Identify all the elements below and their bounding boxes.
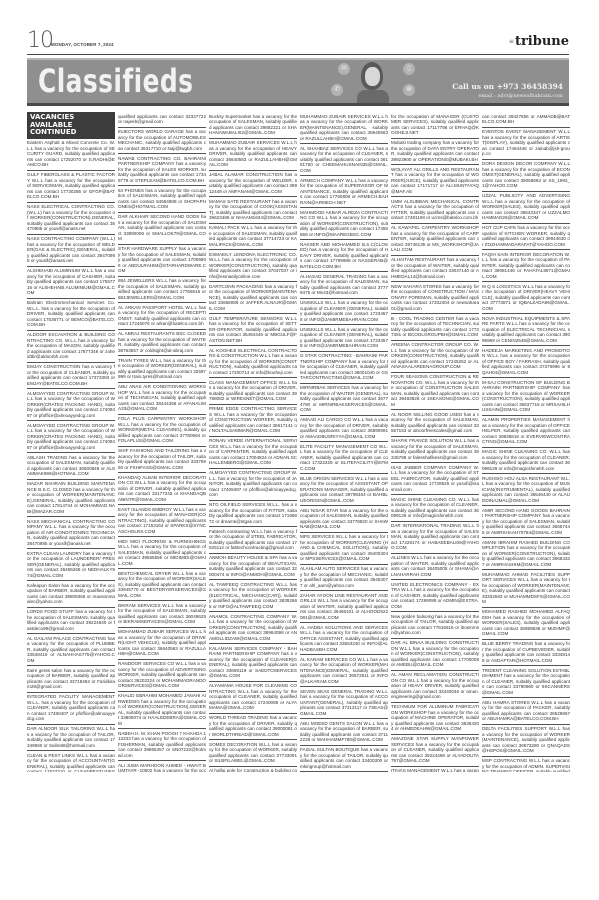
banner-title: Classifieds xyxy=(38,62,193,100)
classified-ad: SHAFIK FRANCE SOLUTION W.L.L has a vacan… xyxy=(391,437,479,464)
classified-ad: MIRNIRBAK SERVICES has a vacancy for the… xyxy=(300,384,388,416)
classified-ad: UZZAL PUBLICITY AND ADVERTISING W.L.L ha… xyxy=(482,192,570,224)
column-5: for the occupation of MANAGER (CUSTOMER … xyxy=(391,112,479,772)
classified-ad: RUSHSIO HOU ALSA RESTAURANT W.L.L has a … xyxy=(482,474,570,506)
column-6: can contact 39427656 or AMMADB@BATELCO.C… xyxy=(482,112,570,772)
classified-ad: ZAHAR AYOON LINE RESTAURANT AND GRILLS W… xyxy=(300,591,388,623)
classified-ad: PRIME EDGE CONTRACTING SERVICES W.L.L ha… xyxy=(209,405,297,437)
classified-ad: MAZAR BAHRAIN BUILDING MAINTENANCE B.S.C… xyxy=(27,480,115,518)
classified-ad: STAR HARDWARE SUPPLY has a vacancy for t… xyxy=(118,245,206,277)
classified-ad: AMAAD ALI CARGO CO W.L.L has a vacancy f… xyxy=(300,416,388,443)
classified-ad: Kafeapun Salon has a vacancy for the occ… xyxy=(27,581,115,608)
classified-ad: INTEGRATED FACILITY MANAGEMENT W.L.L. ha… xyxy=(27,693,115,725)
classified-ad: HOT CUP CAFE has a vacancy for the occup… xyxy=(482,224,570,251)
classified-ad: AMANI IBRAHIM RASHED BUILDING COMPLETION… xyxy=(482,538,570,570)
classified-ad: CLEAN & PEST LINKS W.L.L has a vacancy f… xyxy=(27,751,115,772)
classified-ad: DAR INTERNATIONAL TRADING W.L.L has a va… xyxy=(391,522,479,554)
classified-ad: CLASS MANAGEMENT OFFICE W.L.L has a vaca… xyxy=(209,378,297,405)
classified-ad: SOMEX DECORATION W.L.L has a vacancy for… xyxy=(209,740,297,767)
classified-ad: for the occupation of MANAGER (CUSTOMER … xyxy=(391,112,479,139)
classified-ad: BLUE BERRY TRADING has a vacancy for the… xyxy=(482,640,570,667)
classified-ad: qualified applicants can contact 3232772… xyxy=(118,112,206,128)
classified-ad: Fabtech contracting W.L.L has a vacancy … xyxy=(209,527,297,554)
classified-ad: Bahrain Electromechanical Services Co. W… xyxy=(27,299,115,331)
classified-ad: NASSER ABD MOHAMMED B.S.C(CLOSED) has a … xyxy=(300,240,388,272)
classified-ad: AL NOOR SELLING GOOD USED has a vacancy … xyxy=(391,410,479,437)
classified-ad: UNITED ELECTRONICS COMPANY - EXTRA W.L.L… xyxy=(391,580,479,612)
mobile-icon: ▯ xyxy=(403,63,415,75)
classified-ad: ELITE FACILITY MANAGEMENT CO W.L.L has a… xyxy=(300,442,388,474)
classified-ad: ANAMOL CONTRACTING COMPANY W.L.L has a v… xyxy=(209,612,297,644)
classified-ad: AL ABRAJ RESTAURANTS BSC CLOSED has a va… xyxy=(118,330,206,357)
classified-ad: DARTCONN PACKAGING has a vacancy for the… xyxy=(209,282,297,314)
classified-ad: UNISKILLS W.L.L has a vacancy for the oc… xyxy=(300,325,388,352)
classified-ad: can contact 39427656 or AMMADB@BATELCO.C… xyxy=(482,112,570,128)
brand-prefix: ≡ xyxy=(509,38,514,45)
classified-ad: TRAIN TYRES W.L.L has a vacancy for the … xyxy=(118,356,206,383)
page-number: 10 xyxy=(27,28,53,53)
classified-ad: LORDS FOOD STUFF has a vacancy for the o… xyxy=(27,608,115,635)
classified-ad: MIDI MIDI FLOORING & FURNISHINGS W.L.L h… xyxy=(118,537,206,569)
classified-ad: B - COOL TRADING CENTER has a vacancy fo… xyxy=(391,314,479,341)
classified-ad: AL AMAN RECLAMATION CONSTRUCTION CO W.L.… xyxy=(391,671,479,703)
phone-icon: ✆ xyxy=(331,84,343,96)
classified-ad: BLUE ORIGIN SERVICES W.L.L has a vacancy… xyxy=(300,474,388,506)
classified-ad: KALAMIAN SERVICES COMPANY - BAHRAINI PAR… xyxy=(209,644,297,682)
masthead: 10 MONDAY, OCTOBER 7, 2024 ≡tribune xyxy=(27,30,569,55)
classified-ad: NASS CONTRACTING COMPANY (W.L.L) has a v… xyxy=(27,235,115,267)
classified-ad: EXTRA CLEAN LAUNDRY has a vacancy for th… xyxy=(27,549,115,581)
classified-ad: EAST ISLANDS EMBROY W.L.L has a vacancy … xyxy=(118,505,206,537)
classified-ad: RANDOOR SERVICES CO W.L.L has a vacancy … xyxy=(118,660,206,692)
classified-ad: ALMOAYYED CONTRACTING GROUP W.L.L has a … xyxy=(27,389,115,421)
classified-ad: NAWAB CONTRACTING CO. BAHRAINI PARTNERSH… xyxy=(118,154,206,186)
classified-ad: AL KOOHEJI ELECTRICAL CONTRACTORS & CONS… xyxy=(209,346,297,378)
classified-ad: ALMOAYYED CONTRACTING GROUP W.L.L has a … xyxy=(27,421,115,453)
classified-ad: DORA DESIGN DECOR COMPANY W.L.L has a va… xyxy=(482,160,570,192)
classified-ad: EVENTOS EVENT MANAGEMENT W.L.L has a vac… xyxy=(482,128,570,160)
classified-ad: NASS MECHANICAL CONTRACTING COMPANY W.L.… xyxy=(27,517,115,549)
classified-ad: AL KAWAFEL CARPENTRY WORKSHOP has a vaca… xyxy=(391,224,479,256)
classified-ad: AL KARAM SERVICES CO W.L.L has a vacancy… xyxy=(300,655,388,687)
column-3: Bucksy Supermarket has a vacancy for the… xyxy=(209,112,297,772)
classified-ad: WOLAYAT ALI GRILLS AND RESTAURANT has a … xyxy=(391,165,479,197)
classified-ad: DAR AL BINAA BUILDING CONSTRUCTION W.L.L… xyxy=(391,639,479,671)
classified-ad: RONAN VERDE INTERNATIONAL SERVICES W.L.L… xyxy=(209,437,297,469)
brand-logo: ≡tribune xyxy=(509,34,569,49)
classified-ad: ALYAMAMA HOUSE FOR CLEANING CONTRACTING … xyxy=(209,682,297,714)
classified-ad: AL HADBA SOLUTIONS AND SERVICES W.L.L ha… xyxy=(300,623,388,655)
classified-ad: M Q S LOGISTICS W.L.L has a vacancy for … xyxy=(482,282,570,314)
classified-ad: Al halfaj pole for Construction & buildi… xyxy=(209,767,297,773)
classified-ad: AL GAILANI PALACE CONTRACTING has a vaca… xyxy=(27,634,115,666)
column-2: qualified applicants can contact 3232772… xyxy=(118,112,206,772)
classified-ad: INJECTORS WORLD GARAGE has a vacancy for… xyxy=(118,128,206,155)
classified-ad: ALMOAYYED CONTRACTING GROUP W.L.L. has a… xyxy=(209,469,297,501)
classified-ad: ABLASH TRADING has a vacancy for the occ… xyxy=(27,453,115,480)
classified-ad: AL TAWFEEQ CONTRACTING W.L.L has a vacan… xyxy=(209,580,297,612)
classified-ad: MOHAMMAD ZUBAIR SERVICES W.L.L has a vac… xyxy=(118,628,206,660)
classified-ad: ABU ANAS AIR CONDITIONING WORKSHOP W.L.L… xyxy=(118,383,206,415)
classified-ad: AREENA CONTRACTOR GROUP CO. W.L.L has a … xyxy=(391,341,479,373)
column-4: MUHAMMAD ZUBAIR SERVICES W.L.L has a vac… xyxy=(300,112,388,772)
classified-ad: UNISKILLS W.L.L has a vacancy for the oc… xyxy=(300,299,388,326)
classified-ad: New golden balsomg has a vacancy for the… xyxy=(391,612,479,639)
classified-ad: M-SAJ CONSTRUCTION OF BUILDING BAHRAINI … xyxy=(482,378,570,416)
classified-ad: KAMALI PACK W.L.L has a vacancy for the … xyxy=(209,224,297,251)
classified-ad: MPS SERVICES W.L.L has a vacancy for the… xyxy=(300,533,388,565)
classified-ad: JABAL ALAMAR CONSTRUCTION has a vacancy … xyxy=(209,171,297,198)
classified-ad: G STAR CONTRACTING - BAHRAINI PARTNERSHI… xyxy=(300,352,388,384)
classified-ad: TRIDENT CLEANING SOLUTION ESTABLISHMENT … xyxy=(482,666,570,698)
mail-icon: ✉ xyxy=(338,63,350,75)
classified-ad: NTG OILFIELD SERVICES W.L.L. has a vacan… xyxy=(209,501,297,528)
classified-ad: NABEH H. M. KHAN POOSH 7 KHAHDA 1 13233 … xyxy=(118,729,206,761)
classified-ad: Itaire gents salon has a vacancy for the… xyxy=(27,666,115,693)
classified-ad: AMAZONE STAR SUPPLY MANPOWER SERVICES ha… xyxy=(391,735,479,767)
classified-ad: MUHAMMAD ZUBAIR SERVICES W.L.L has a vac… xyxy=(209,139,297,171)
classified-ad: EMJAY CONSTRUCTION has a vacancy for the… xyxy=(27,363,115,390)
classified-ad: ALI JUMA MARHOON AHMED - HWAIT BUMTAYR -… xyxy=(118,761,206,772)
classified-ad: HADEEJA MARKETING AND PROMOTION W.L.L ha… xyxy=(482,346,570,378)
classified-ad: FAISAL SULTAN BOUTIQUE has a vacancy for… xyxy=(300,746,388,773)
column-1: VACANCIES AVAILABLE CONTINUEDEastern Asp… xyxy=(27,112,115,772)
classified-ad: ALAHLAM AUTO SERVICES has a vacancy for … xyxy=(300,565,388,592)
classified-ad: NEW SAHARA STORES has a vacancy for the … xyxy=(391,282,479,314)
classified-ad: KHALID EBRAHIM MOHAMED JANAHI AIRWEDSIG … xyxy=(118,692,206,730)
classified-ad: MAGIC SHINE CLEANING CO. W.L.L has a vac… xyxy=(482,448,570,475)
classified-ad: Mubaki trading company has a vacancy for… xyxy=(391,139,479,166)
classified-ad: TECHNIUM FOR ALUMINUM FABRICATION WORKSH… xyxy=(391,703,479,735)
classified-ad: SHIF FASHIONS AND TAILORING has a vacanc… xyxy=(118,447,206,474)
globe-icon: ⊕ xyxy=(403,84,415,96)
classified-ad: NASS ELECTRICAL CONTRACTING CO. (W.L.L) … xyxy=(27,203,115,235)
classified-ad: MUHAMMAD ZUBAIR SERVICES W.L.L has a vac… xyxy=(300,112,388,144)
classified-ad: AL ARKAN PASSPORT HOTEL W.L.L has a vaca… xyxy=(118,303,206,330)
classified-ad: ALSHEHABI ALUMINIUM W.L.L has a vacancy … xyxy=(27,267,115,299)
classified-ad: 84 PHONES has a vacancy for the occupati… xyxy=(118,186,206,213)
classified-ad: AL SHAHBAZ SERVICES CO W.L.L has a vacan… xyxy=(300,144,388,176)
classified-ad: FOLA PLUS CARPENTRY WORKSHOP W.L.L has a… xyxy=(118,415,206,447)
page-date: MONDAY, OCTOBER 7, 2024 xyxy=(51,42,114,47)
classified-ad: DELTA FACILITIES SUPPORT W.L.L has a vac… xyxy=(482,725,570,757)
classified-ad: ITIHAS MANAGEMENT W.L.L has a vacancy fo… xyxy=(391,767,479,773)
classified-ad: DAR ALKHAIR SECOND HAND GODS has a vacan… xyxy=(118,213,206,245)
mascot-body xyxy=(357,90,389,106)
classified-ad: DAR ALNOOR SILK TAILORING W.L.L has a va… xyxy=(27,725,115,752)
section-heading: VACANCIES AVAILABLE CONTINUED xyxy=(27,112,115,139)
classified-ad: Bucksy Supermarket has a vacancy for the… xyxy=(209,112,297,139)
classified-ad: BIKRAM SERVICES W.L.L has a vacancy for … xyxy=(118,601,206,628)
classified-ad: MAGIC SHINE CLEANING CO. W.L.L has a vac… xyxy=(391,495,479,522)
classified-ad: GULF FIBERGLASS & PLASTIC FACTORY W.L.L … xyxy=(27,171,115,203)
classified-ad: FOUR SEASONS CONSTRUCTION & RENOVATION C… xyxy=(391,373,479,411)
mascot-illustration xyxy=(355,60,391,106)
classified-ad: ALHAITAM RESTAURANT has a vacancy for th… xyxy=(391,256,479,283)
classified-ad: WORLD THREAD TRADING has a vacancy for t… xyxy=(209,714,297,741)
classified-ad: BESTCHEMICAL DRYER W.L.L has a vacancy f… xyxy=(118,569,206,601)
classified-ad: MUHAMMAD AHMAD FACILITIES SUPPORT SERVIC… xyxy=(482,570,570,608)
classified-ad: 884 JEWELLERS W.L.L has a vacancy for th… xyxy=(118,277,206,304)
classified-ad: FAQIH SAIN INTERIOR DECORATION W.L.L has… xyxy=(482,250,570,282)
classified-ad: ESMAEILY LENDONA ELECTRONIC CO. W.L.L ha… xyxy=(209,250,297,282)
classified-ad: MAMAS SATE RESTAURANT has a vacancy for … xyxy=(209,197,297,224)
classified-ad: MOHAMED RASHED MOHAMED ALFAQEEH has a va… xyxy=(482,608,570,640)
classified-ad: ABU HAMRA STORES W.L.L has a vacancy for… xyxy=(482,698,570,725)
classified-ad: AMIR SECOND HAND GOODS BAHRAINI PARTNERS… xyxy=(482,506,570,538)
classified-ad: ALAMIN PROPERTIES MANAGEMENT has a vacan… xyxy=(482,416,570,448)
classifieds-banner: Classifieds ✉ ✆ ▯ ⊕ Call us on +973 3645… xyxy=(27,58,569,106)
classified-ad: ABU NISAR STAR has a vacancy for the occ… xyxy=(300,506,388,533)
classified-ad: KHANDAQ ALBAB INTERIOR DECORATION CO.W.L… xyxy=(118,473,206,505)
classified-ad: UMM ALSUBBAN MECHANICAL CONTRACTS has a … xyxy=(391,197,479,224)
classifieds-columns: VACANCIES AVAILABLE CONTINUEDEastern Asp… xyxy=(27,112,569,772)
mascot-face xyxy=(365,67,380,86)
classified-ad: Eastern Asphalt & Mixed Concrete Co. W.L… xyxy=(27,139,115,171)
brand-name: tribune xyxy=(515,34,569,49)
classified-ad: ABU MOEED GENTS SALON W.L.L has a vacanc… xyxy=(300,719,388,746)
classified-ad: ALDOOR EXCAVATION & BUILDING CONTRACTING… xyxy=(27,331,115,363)
classified-ad: GULF TEMPERATURE SENSORS W.L.L has a vac… xyxy=(209,314,297,346)
classified-ad: MAHMOOD AKBAR ALREZA CONTRACTING CO W.L.… xyxy=(300,208,388,240)
classified-ad: ARMECH COMPANY W.L.L has a vacancy for t… xyxy=(300,176,388,208)
classified-ad: ALLINES W.L.L has a vacancy for the occu… xyxy=(391,554,479,581)
classified-ad: ANMOH BEAUTY HOUSE & SPA has a vacancy f… xyxy=(209,554,297,581)
contact-phone: Call us on +973 36458394 xyxy=(452,82,563,91)
classified-ad: SEVEN SEAS GENERAL TRADING W.L.L has a v… xyxy=(300,687,388,719)
contact-email: email : advt@newsofbahrain.com xyxy=(479,93,563,99)
classified-ad: ALHASAD GENERAL TRADING has a vacancy fo… xyxy=(300,272,388,299)
classified-ad: NOVA INDUSTRIAL EQUIPMENTS & SPARE PARTS… xyxy=(482,314,570,346)
classified-ad: MSP CONTRACTING W.L.L has a vacancy for … xyxy=(482,757,570,773)
classified-ad: ISAS JABBER COMPANY COMPANY W.L.L has a … xyxy=(391,463,479,495)
